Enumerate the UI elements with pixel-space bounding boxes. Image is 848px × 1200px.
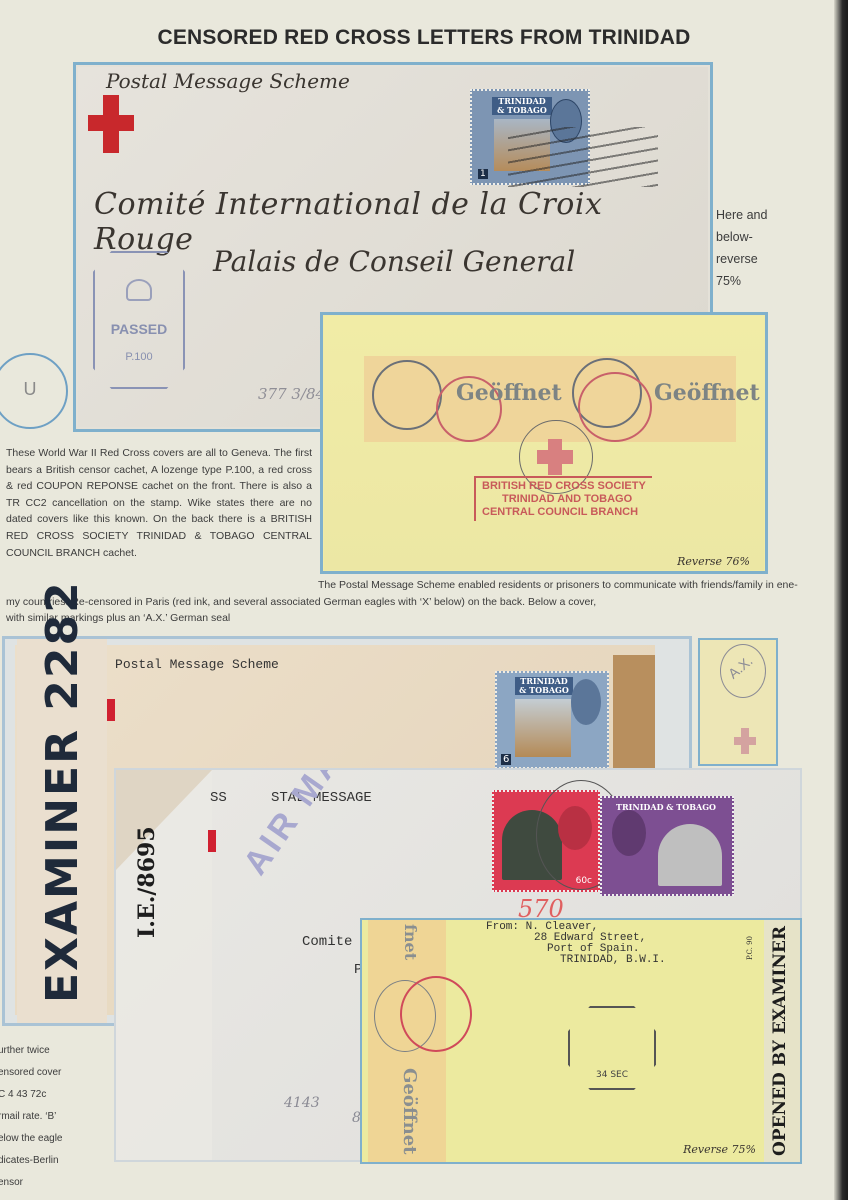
red-cross-icon: [88, 95, 134, 153]
censor-label-strip-vertical: fnet Geöffnet: [368, 920, 446, 1162]
cover1-reverse-frame: Geöffnet Geöffnet BRITISH RED CROSS SOCI…: [320, 312, 768, 574]
scale-note: Reverse 76%: [677, 555, 750, 568]
cover1-reverse[interactable]: Geöffnet Geöffnet BRITISH RED CROSS SOCI…: [324, 316, 764, 570]
cover3-reverse-frame: fnet Geöffnet From: N. Cleaver, 28 Edwar…: [360, 918, 802, 1164]
examiner-tape: EXAMINER 2282: [17, 639, 107, 1023]
sender-address: From: N. Cleaver, 28 Edward Street, Port…: [486, 922, 666, 966]
scale-note: Reverse 75%: [683, 1143, 756, 1156]
eagle-seal-red-icon: [400, 976, 472, 1052]
red-cross-small-icon: [734, 728, 756, 754]
cover3-reverse[interactable]: fnet Geöffnet From: N. Cleaver, 28 Edwar…: [362, 920, 800, 1162]
description-bottom-left: urther twice ensored cover C 4 43 72c rm…: [0, 1040, 108, 1194]
stamp-12c: TRINIDAD & TOBAGO: [600, 796, 734, 896]
usage-marker-circle: U: [0, 353, 68, 429]
ax-seal-inset: A.X.: [698, 638, 778, 766]
stamp-trinidad-2: TRINIDAD & TOBAGO 6: [495, 671, 609, 769]
censor-cachet-passed: PASSED P.100: [93, 251, 185, 389]
address-line-2: Palais de Conseil General: [213, 245, 575, 278]
description-left: These World War II Red Cross covers are …: [6, 445, 312, 561]
red-mark: [208, 830, 216, 852]
page-edge: [834, 0, 848, 1200]
crown-icon: [126, 279, 152, 301]
eagle-seal-red-icon: [578, 372, 652, 442]
pencil-note: 377 3/84: [258, 385, 325, 403]
handwritten-header: Postal Message Scheme: [106, 69, 350, 93]
page-title: CENSORED RED CROSS LETTERS FROM TRINIDAD: [0, 26, 848, 50]
red-mark: [107, 699, 115, 721]
side-tape: OPENED BY EXAMINER: [764, 920, 800, 1162]
airmail-cachet: AIR MAIL: [236, 770, 373, 882]
postmark-octagon: 34 SEC: [568, 1006, 656, 1090]
description-wide: The Postal Message Scheme enabled reside…: [6, 577, 806, 627]
red-cross-society-cachet: BRITISH RED CROSS SOCIETY TRINIDAD AND T…: [474, 476, 652, 521]
address-fragment: Comite: [302, 934, 352, 950]
censor-tape-left: [116, 770, 212, 1160]
eagle-seal-icon: [372, 360, 442, 430]
cancellation-bars: [508, 127, 658, 187]
ax-seal: A.X.: [720, 644, 766, 698]
censor-tape-ie: I.E./8695: [134, 826, 160, 938]
side-note: Here and below- reverse 75%: [716, 204, 767, 292]
